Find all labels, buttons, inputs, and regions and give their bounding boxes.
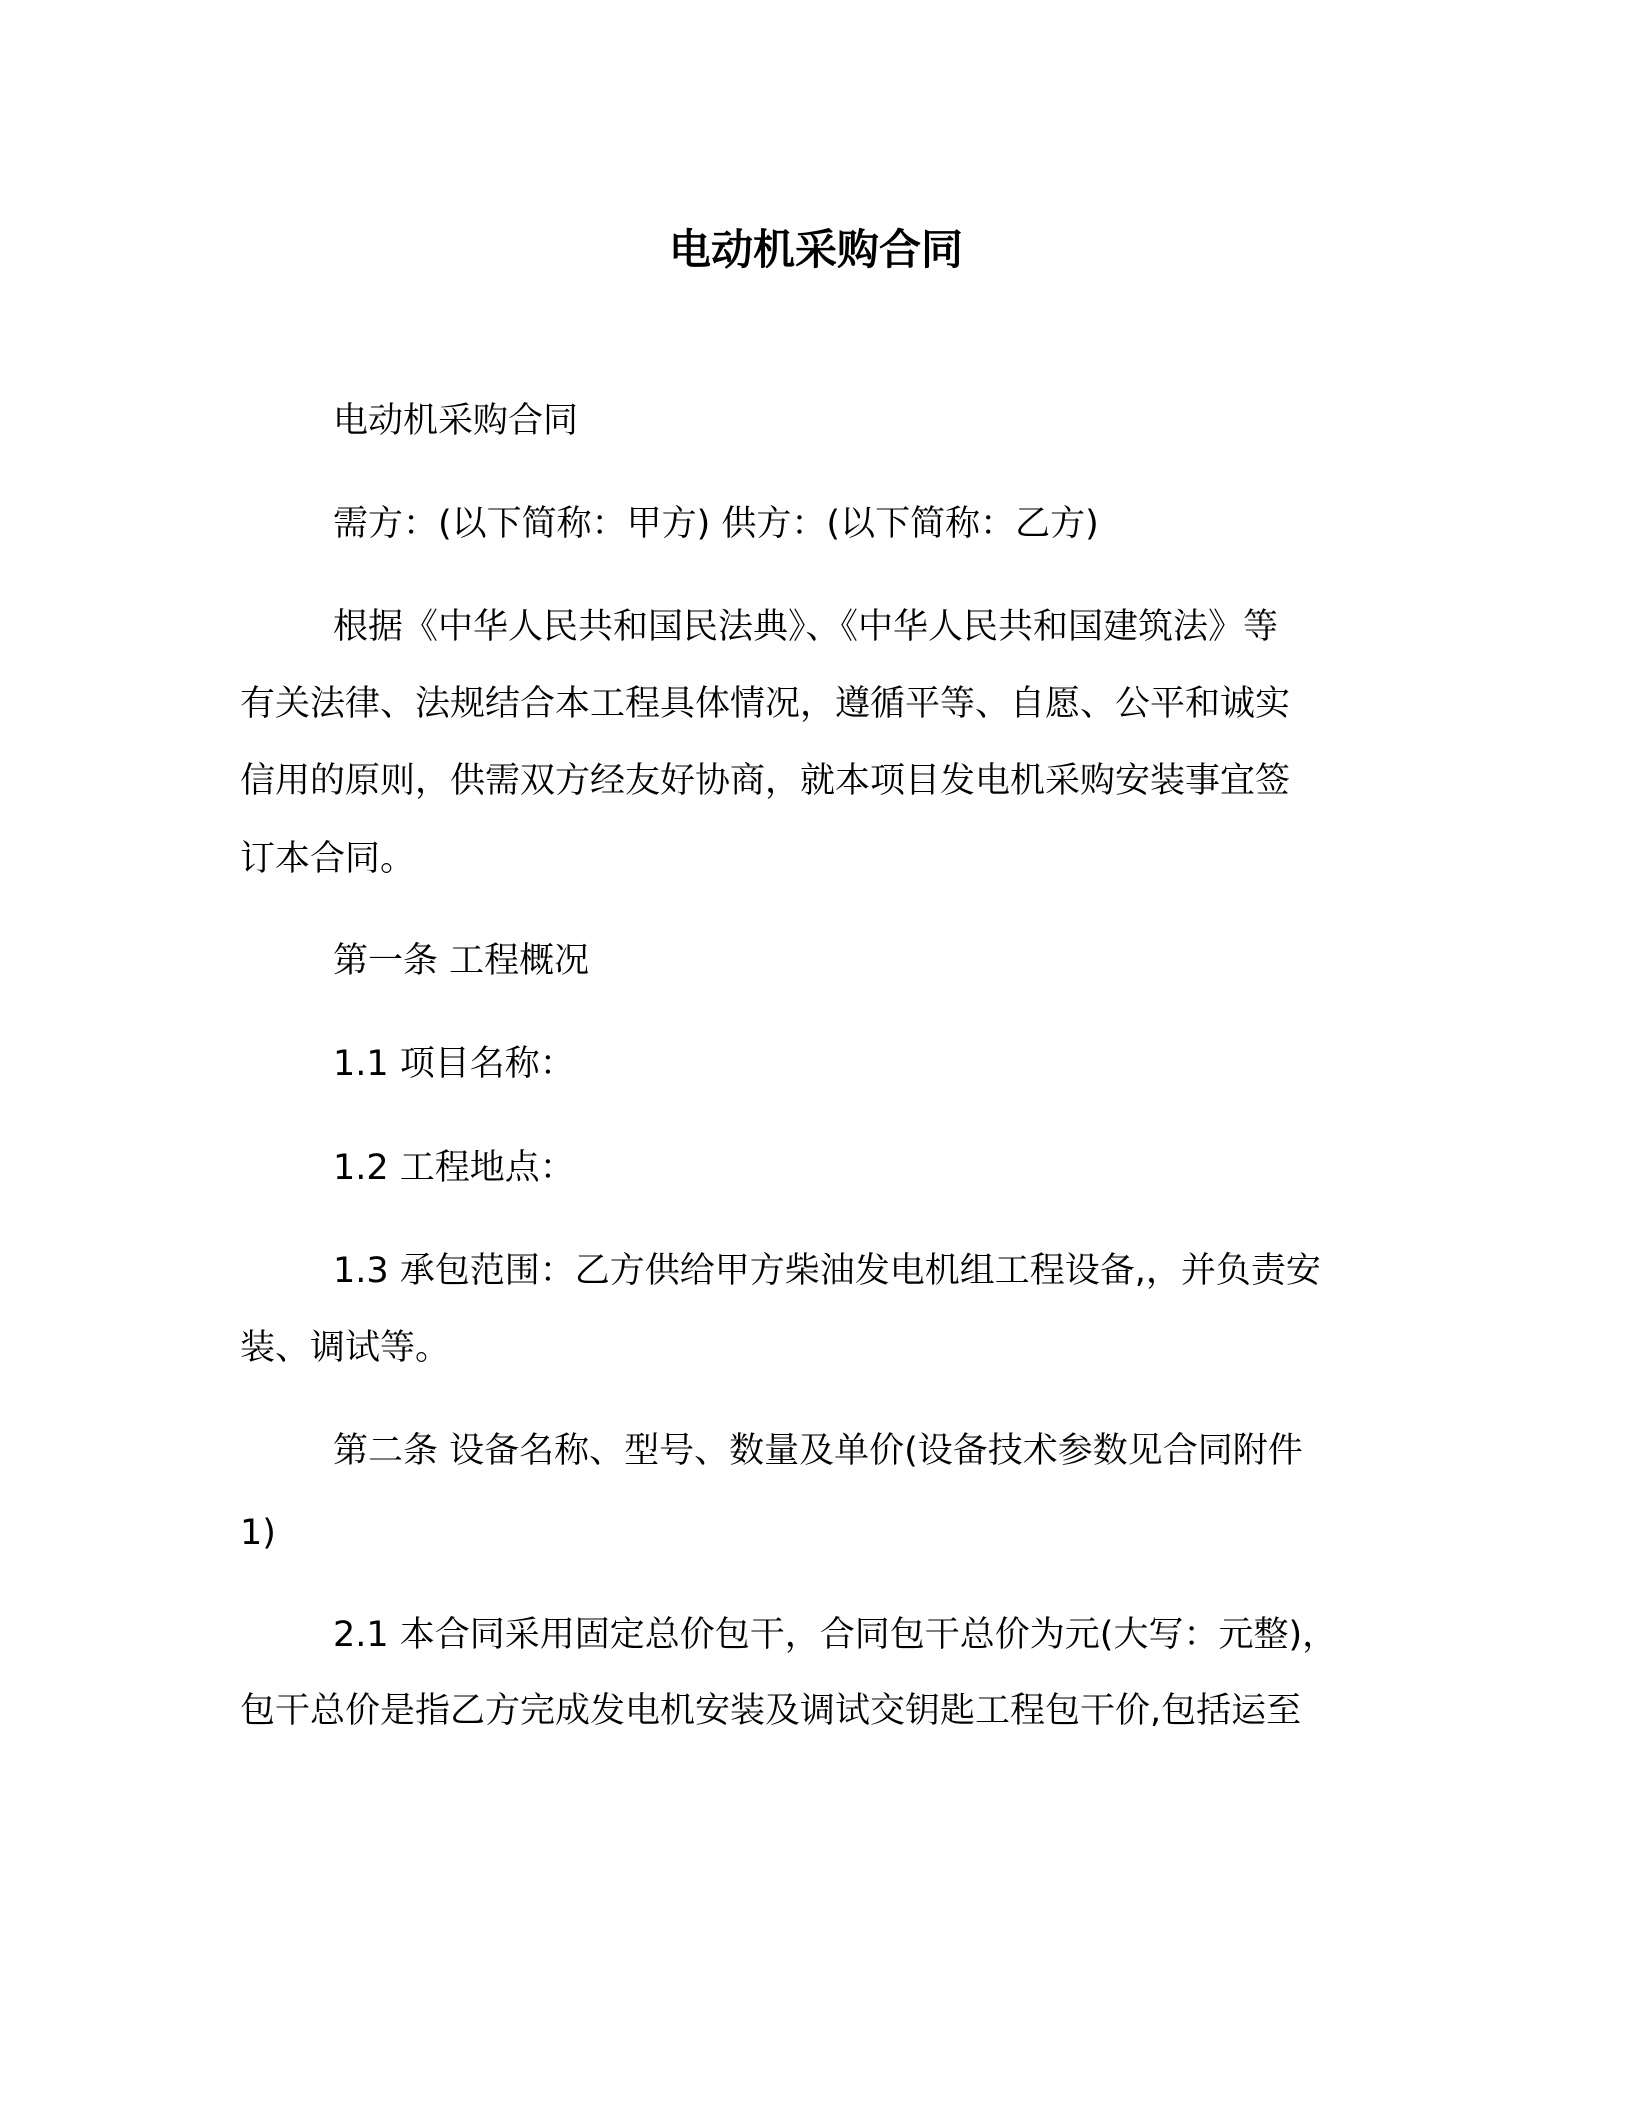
article-2-heading-line-2: 1) — [240, 1509, 276, 1557]
clause-1-3-line-2: 装、调试等。 — [240, 1324, 450, 1372]
paragraph-preamble-line-2: 有关法律、法规结合本工程具体情况，遵循平等、自愿、公平和诚实 — [240, 680, 1290, 728]
document-page: 电动机采购合同 电动机采购合同 需方：(以下简称：甲方) 供方：(以下简称：乙方… — [0, 0, 1632, 2112]
article-2-heading-line-1: 第二条 设备名称、型号、数量及单价(设备技术参数见合同附件 — [333, 1427, 1303, 1475]
clause-1-2: 1.2 工程地点： — [333, 1144, 575, 1192]
clause-1-1: 1.1 项目名称： — [333, 1040, 575, 1088]
paragraph-preamble-line-4: 订本合同。 — [240, 835, 415, 883]
paragraph-parties: 需方：(以下简称：甲方) 供方：(以下简称：乙方) — [333, 500, 1099, 548]
document-title: 电动机采购合同 — [0, 222, 1632, 278]
article-1-heading: 第一条 工程概况 — [333, 937, 589, 985]
paragraph-heading: 电动机采购合同 — [333, 397, 578, 445]
paragraph-preamble-line-3: 信用的原则，供需双方经友好协商，就本项目发电机采购安装事宜签 — [240, 757, 1290, 805]
clause-1-3-line-1: 1.3 承包范围：乙方供给甲方柴油发电机组工程设备,，并负责安 — [333, 1247, 1321, 1295]
clause-2-1-line-2: 包干总价是指乙方完成发电机安装及调试交钥匙工程包干价,包括运至 — [240, 1687, 1301, 1735]
clause-2-1-line-1: 2.1 本合同采用固定总价包干，合同包干总价为元(大写：元整)， — [333, 1611, 1337, 1659]
paragraph-preamble-line-1: 根据《中华人民共和国民法典》、《中华人民共和国建筑法》等 — [333, 603, 1278, 651]
